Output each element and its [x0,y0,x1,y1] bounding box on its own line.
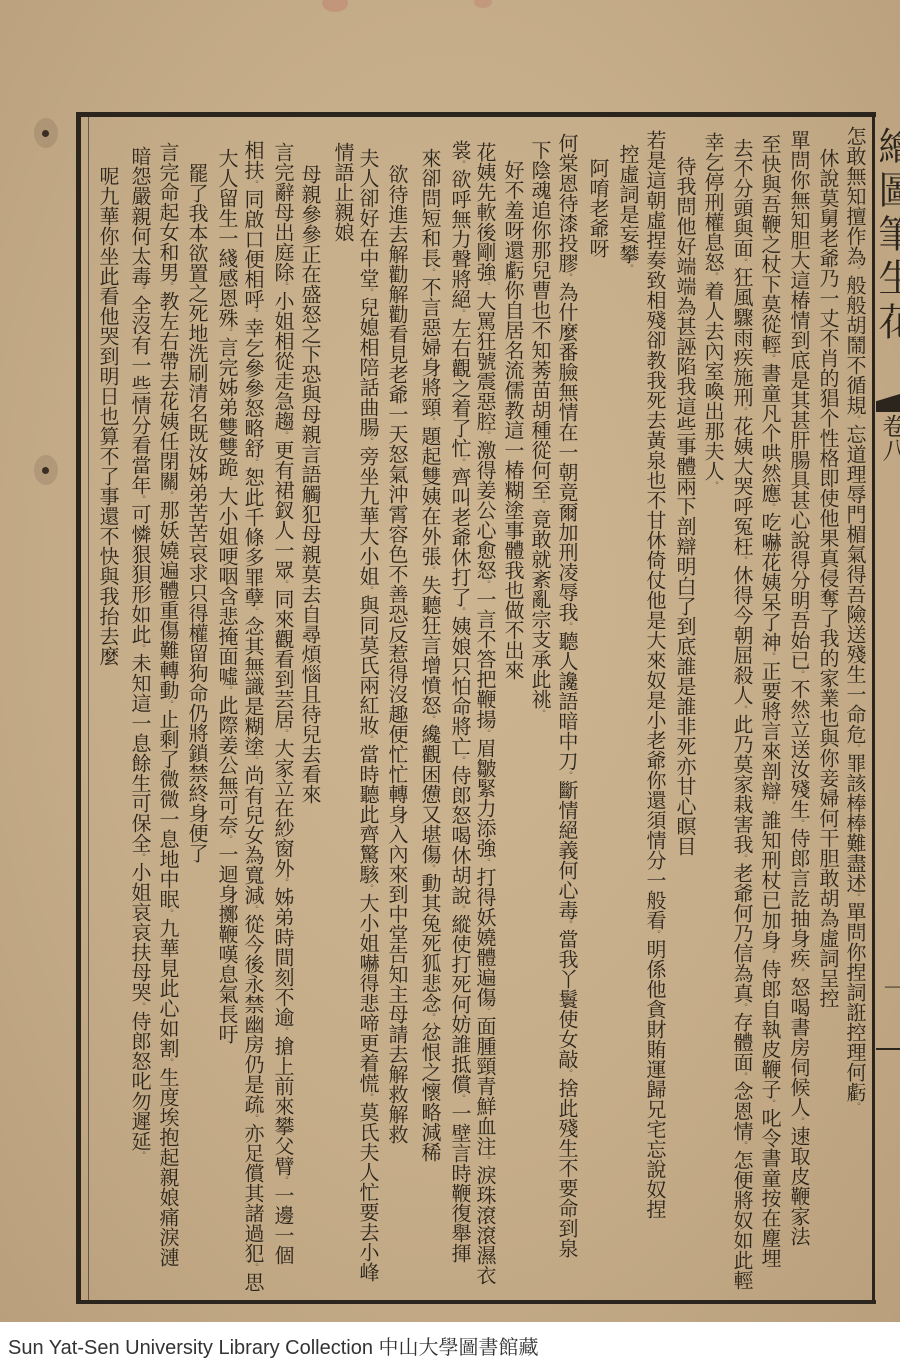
text-column: 大人留生一綫感恩殊。言完姊弟雙雙跪。大小姐哽咽含悲掩面噓。此際姜公無可奈。一迴身… [215,148,239,1044]
text-column: 怎敢無知擅作為。般般胡鬧不循規。忘道理辱門楣氣得吾險送殘生一命危。罪該棒棒難盡述… [843,126,867,1111]
text-column: 欲待進去解勸解勸看見老爺一天怒氣沖霄容色不善恐反惹得沒趣便忙忙轉身入內來到中堂告… [385,164,409,1144]
text-column: 相扶。同啟口便相呼。幸乞參參怒略舒。恕此千條多罪孽。念其無識是糊塗。尚有兒女為寬… [241,140,265,1292]
text-column: 何棠恩待漆投膠。為什麼番臉無情在一朝竟爾加刑凌辱我。聽人讒語暗中刀。斷情絕義何心… [555,133,579,1258]
frame-top-border [76,112,876,117]
text-column: 至快與吾鞭之杖下莫從輕。書童凡个哄然應。吃嚇花姨呆了神。正要將言來剖辯。誰知刑杖… [758,134,782,1268]
text-column: 休說莫舅老爺乃一丈不肖的猖个性格即使他果真侵奪了我的家業也與你妾婦何干胆敢胡為虛… [816,148,840,1008]
text-column: 暗怨嚴親何太毒。全沒有一些情分看當年。可憐狠狽形如此。未知這一息餘生可保全。小姐… [128,146,152,1160]
text-column: 幸乞停刑權息怒。着人去內室喚出那夫人。 [701,132,725,490]
frame-left-inner-line [88,117,89,1304]
text-column: 下陰魂追你那兒曹也不知莠苗胡種從何至。竟敢就紊亂宗支承此祧。 [528,140,552,718]
text-column: 母親參參正在盛怒之下恐與母親言語觸犯母親莫去自尋煩惱且待兒去看來 [298,164,322,804]
text-column: 裳。欲呼無力聲將絕。左右觀之着了忙。齊叫老爺休打了。姨娘只怕命將亡。侍郎怒喝休胡… [448,140,472,1263]
text-column: 阿唷老爺呀 [586,158,610,258]
text-column: 呢九華你坐此看他哭到明日也算不了事還不快與我抬去麼 [96,166,120,666]
fishtail-mark-icon [876,394,900,412]
book-page: 繪圖筆生花 卷八 一 怎敢無知擅作為。般般胡鬧不循規。忘道理辱門楣氣得吾險送殘生… [0,0,900,1322]
margin-volume-label: 卷八 [878,414,900,462]
text-column: 控虛詞是妄攀。 [616,144,640,273]
text-column: 好不羞呀還虧你自居名流儒教這一椿糊塗事體我也做不出來 [501,160,525,680]
binding-hole [42,467,49,474]
margin-book-title: 繪圖筆生花 [874,126,900,346]
text-column: 去不分頭與面。狂風驟雨疾施刑。花姨大哭呼冤枉。休得今朝屈殺人。此乃莫家栽害我。老… [730,138,754,1290]
text-column: 言完命起女和男。教左右帶去花姨任閉關。那妖嬈遍體重傷難轉動。止剩了微微一息地中眠… [156,142,180,1267]
red-seal-mark [474,0,492,8]
text-column: 來卻問短和長。不言惡婦身將頸。題起雙姨在外張。失聽狂言增憤怒。纔觀困憊又堪傷。動… [418,148,442,1162]
collection-caption: Sun Yat-Sen University Library Collectio… [8,1331,539,1360]
text-column: 情語止親娘 [331,142,355,242]
frame-bottom-border [76,1300,876,1304]
text-column: 罷了我本欲置之死地洗刷清名既汝姊弟苦苦哀求只得權留狗命仍將鎖禁終身便了 [185,163,209,863]
text-column: 待我問他好端端為甚誣陷我這些事體兩下剖辯明白了到底誰是誰非死亦甘心瞑目 [673,156,697,856]
red-seal-mark [322,0,348,12]
text-column: 言完辭母出庭除。小姐相從走急趨。更有裙釵人一眾。同來觀看到芸居。大家立在紗窗外。… [271,142,295,1265]
text-column: 若是這朝虛捏奏致相殘卻教我死去黃泉也不甘休倚仗他是大來奴是小老爺你還須情分一般看… [643,130,667,1219]
text-column: 單問你無知胆大這椿情到底是其甚肝腸具甚心說得分明吾始已。不然立送汝殘生。侍郎言訖… [787,130,811,1246]
binding-hole [42,130,49,137]
text-column: 花姨先軟後剛強。大罵狂號震惡腔。激得姜公心愈怒。一言不答把鞭揚。眉皺緊力添強。打… [473,142,497,1285]
collection-caption-bar: Sun Yat-Sen University Library Collectio… [0,1322,900,1363]
margin-page-mark: 一 [880,975,900,1001]
frame-left-border [76,112,81,1304]
text-column: 夫人卻好在中堂。兒媳相陪話曲腸。旁坐九華大小姐。與同莫氏兩紅妝。當時聽此齊驚駭。… [356,148,380,1282]
margin-divider-line [876,1048,900,1050]
